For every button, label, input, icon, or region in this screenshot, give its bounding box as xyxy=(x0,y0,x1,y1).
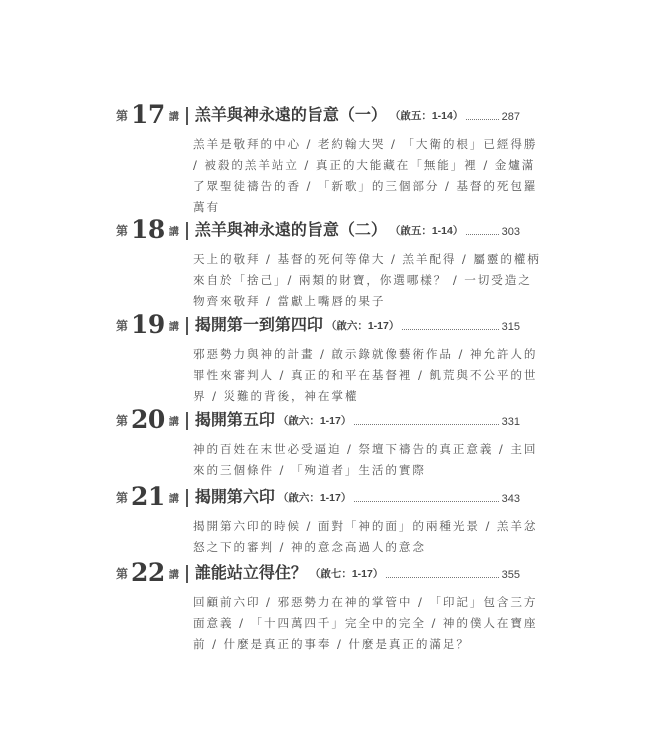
dot-leader xyxy=(402,329,498,330)
toc-entry-20: 第 20 講 揭開第五印 （啟六：1-17） 331 神的百姓在末世必受逼迫 /… xyxy=(116,407,520,481)
lecture-title[interactable]: 揭開第五印 xyxy=(195,407,275,430)
lecture-prefix: 第 xyxy=(116,317,128,334)
toc-entry-heading: 第 22 講 誰能站立得住？ （啟七：1-17） 355 xyxy=(116,560,520,586)
toc-entry-heading: 第 21 講 揭開第六印 （啟六：1-17） 343 xyxy=(116,484,520,510)
toc-entry-22: 第 22 講 誰能站立得住？ （啟七：1-17） 355 回顧前六印 / 邪惡勢… xyxy=(116,560,520,655)
page-number[interactable]: 287 xyxy=(502,111,520,123)
separator-bar xyxy=(186,317,188,335)
lecture-summary: 天上的敬拜 / 基督的死何等偉大 / 羔羊配得 / 屬靈的權柄 來自於「捨己」/… xyxy=(193,249,523,312)
toc-entry-19: 第 19 講 揭開第一到第四印 （啟六：1-17） 315 邪惡勢力與神的計畫 … xyxy=(116,312,520,407)
summary-line: 天上的敬拜 / 基督的死何等偉大 / 羔羊配得 / 屬靈的權柄 xyxy=(193,249,523,270)
toc-entry-21: 第 21 講 揭開第六印 （啟六：1-17） 343 揭開第六印的時候 / 面對… xyxy=(116,484,520,558)
summary-line: 神的百姓在末世必受逼迫 / 祭壇下禱告的真正意義 / 主回 xyxy=(193,439,523,460)
lecture-prefix: 第 xyxy=(116,222,128,239)
lecture-number: 18 xyxy=(131,217,165,243)
lecture-title[interactable]: 揭開第六印 xyxy=(195,484,275,507)
toc-entry-18: 第 18 講 羔羊與神永遠的旨意（二） （啟五：1-14） 303 天上的敬拜 … xyxy=(116,217,520,312)
scripture-reference: （啟五：1-14） xyxy=(390,108,464,123)
summary-line: 邪惡勢力與神的計畫 / 啟示錄就像藝術作品 / 神允許人的 xyxy=(193,344,523,365)
lecture-suffix: 講 xyxy=(169,566,179,581)
summary-line: / 被殺的羔羊站立 / 真正的大能藏在「無能」裡 / 金爐滿 xyxy=(193,155,523,176)
summary-line: 前 / 什麼是真正的事奉 / 什麼是真正的滿足？ xyxy=(193,634,523,655)
dot-leader xyxy=(466,234,498,235)
scripture-reference: （啟六：1-17） xyxy=(278,413,352,428)
separator-bar xyxy=(186,107,188,125)
summary-line: 罪性來審判人 / 真正的和平在基督裡 / 飢荒與不公平的世 xyxy=(193,365,523,386)
scripture-reference: （啟五：1-14） xyxy=(390,223,464,238)
toc-entry-heading: 第 19 講 揭開第一到第四印 （啟六：1-17） 315 xyxy=(116,312,520,338)
lecture-suffix: 講 xyxy=(169,108,179,123)
summary-line: 怒之下的審判 / 神的意念高過人的意念 xyxy=(193,537,523,558)
toc-entry-heading: 第 20 講 揭開第五印 （啟六：1-17） 331 xyxy=(116,407,520,433)
dot-leader xyxy=(354,424,498,425)
lecture-suffix: 講 xyxy=(169,490,179,505)
lecture-summary: 神的百姓在末世必受逼迫 / 祭壇下禱告的真正意義 / 主回 來的三個條件 / 「… xyxy=(193,439,523,481)
lecture-summary: 羔羊是敬拜的中心 / 老約翰大哭 / 「大衛的根」已經得勝 / 被殺的羔羊站立 … xyxy=(193,134,523,218)
lecture-suffix: 講 xyxy=(169,413,179,428)
toc-entry-heading: 第 18 講 羔羊與神永遠的旨意（二） （啟五：1-14） 303 xyxy=(116,217,520,243)
summary-line: 來的三個條件 / 「殉道者」生活的實際 xyxy=(193,460,523,481)
page-number[interactable]: 343 xyxy=(502,493,520,505)
page-number[interactable]: 355 xyxy=(502,569,520,581)
lecture-number: 22 xyxy=(131,560,165,586)
lecture-suffix: 講 xyxy=(169,223,179,238)
summary-line: 羔羊是敬拜的中心 / 老約翰大哭 / 「大衛的根」已經得勝 xyxy=(193,134,523,155)
lecture-number: 19 xyxy=(131,312,165,338)
separator-bar xyxy=(186,489,188,507)
page-number[interactable]: 315 xyxy=(502,321,520,333)
lecture-prefix: 第 xyxy=(116,412,128,429)
dot-leader xyxy=(386,577,498,578)
toc-entry-heading: 第 17 講 羔羊與神永遠的旨意（一） （啟五：1-14） 287 xyxy=(116,102,520,128)
lecture-number: 17 xyxy=(131,102,165,128)
table-of-contents: 第 17 講 羔羊與神永遠的旨意（一） （啟五：1-14） 287 羔羊是敬拜的… xyxy=(0,0,650,750)
scripture-reference: （啟六：1-17） xyxy=(326,318,400,333)
summary-line: 物齊來敬拜 / 當獻上嘴唇的果子 xyxy=(193,291,523,312)
summary-line: 面意義 / 「十四萬四千」完全中的完全 / 神的僕人在寶座 xyxy=(193,613,523,634)
scripture-reference: （啟六：1-17） xyxy=(278,490,352,505)
lecture-prefix: 第 xyxy=(116,489,128,506)
separator-bar xyxy=(186,222,188,240)
summary-line: 來自於「捨己」/ 兩類的財寶，你選哪樣？ / 一切受造之 xyxy=(193,270,523,291)
toc-entry-17: 第 17 講 羔羊與神永遠的旨意（一） （啟五：1-14） 287 羔羊是敬拜的… xyxy=(116,102,520,218)
page-number[interactable]: 331 xyxy=(502,416,520,428)
lecture-summary: 回顧前六印 / 邪惡勢力在神的掌管中 / 「印記」包含三方 面意義 / 「十四萬… xyxy=(193,592,523,655)
lecture-title[interactable]: 羔羊與神永遠的旨意（一） xyxy=(195,102,387,125)
lecture-summary: 邪惡勢力與神的計畫 / 啟示錄就像藝術作品 / 神允許人的 罪性來審判人 / 真… xyxy=(193,344,523,407)
dot-leader xyxy=(466,119,498,120)
summary-line: 萬有 xyxy=(193,197,523,218)
lecture-suffix: 講 xyxy=(169,318,179,333)
scripture-reference: （啟七：1-17） xyxy=(310,566,384,581)
lecture-title[interactable]: 揭開第一到第四印 xyxy=(195,312,323,335)
separator-bar xyxy=(186,412,188,430)
lecture-summary: 揭開第六印的時候 / 面對「神的面」的兩種光景 / 羔羊忿 怒之下的審判 / 神… xyxy=(193,516,523,558)
lecture-title[interactable]: 誰能站立得住？ xyxy=(195,560,307,583)
lecture-number: 20 xyxy=(131,407,165,433)
summary-line: 回顧前六印 / 邪惡勢力在神的掌管中 / 「印記」包含三方 xyxy=(193,592,523,613)
summary-line: 界 / 災難的背後，神在掌權 xyxy=(193,386,523,407)
page-number[interactable]: 303 xyxy=(502,226,520,238)
lecture-title[interactable]: 羔羊與神永遠的旨意（二） xyxy=(195,217,387,240)
dot-leader xyxy=(354,501,498,502)
lecture-prefix: 第 xyxy=(116,107,128,124)
summary-line: 揭開第六印的時候 / 面對「神的面」的兩種光景 / 羔羊忿 xyxy=(193,516,523,537)
lecture-number: 21 xyxy=(131,484,165,510)
separator-bar xyxy=(186,565,188,583)
lecture-prefix: 第 xyxy=(116,565,128,582)
summary-line: 了眾聖徒禱告的香 / 「新歌」的三個部分 / 基督的死包羅 xyxy=(193,176,523,197)
